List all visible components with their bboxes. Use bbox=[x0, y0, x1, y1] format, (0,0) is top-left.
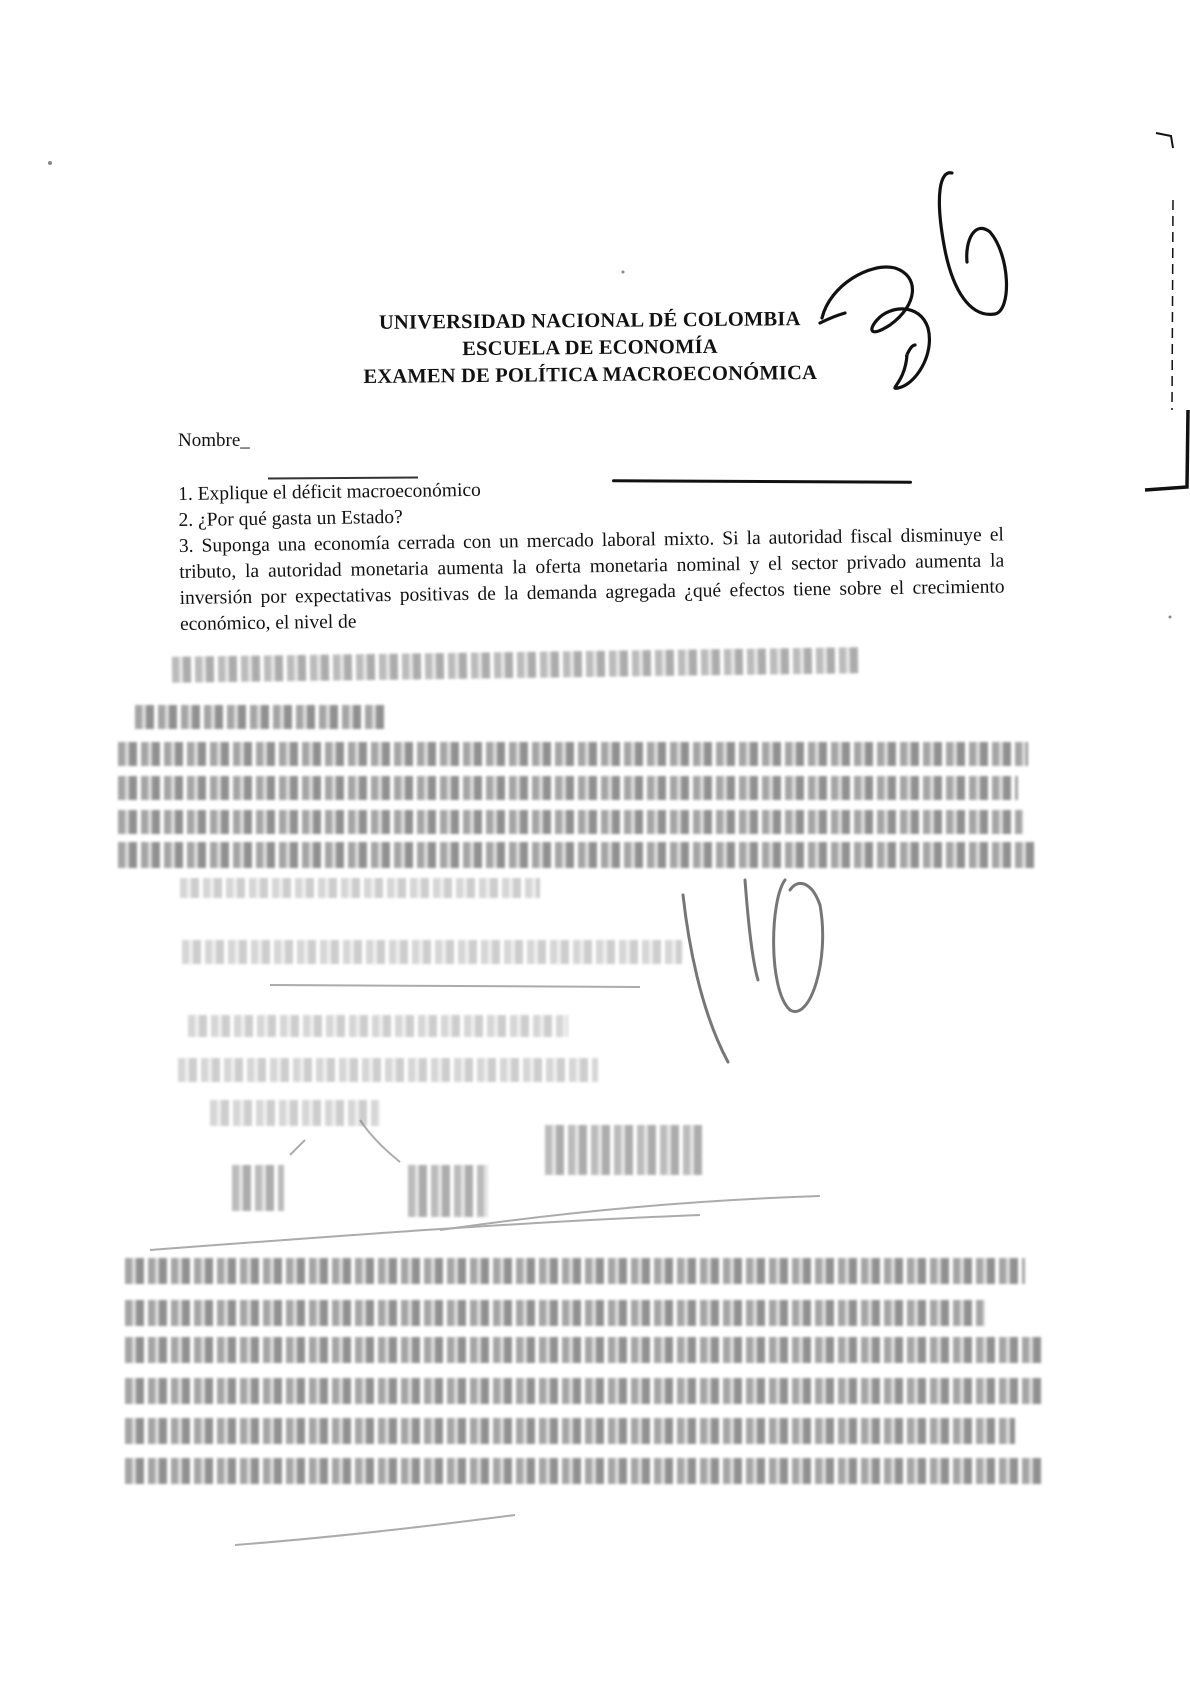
redacted-answer-2-line-6 bbox=[125, 1458, 1045, 1484]
redacted-answer-heading bbox=[135, 705, 385, 729]
redacted-diagram-label-1 bbox=[232, 1165, 284, 1211]
redacted-diagram-label-3 bbox=[545, 1125, 705, 1175]
name-label: Nombre_ bbox=[178, 430, 250, 452]
redacted-answer-1-line-1 bbox=[118, 742, 1028, 766]
exam-header: UNIVERSIDAD NACIONAL DÉ COLOMBIA ESCUELA… bbox=[300, 305, 881, 391]
redacted-answer-1-line-4 bbox=[118, 842, 1038, 868]
question-3: 3. Suponga una economía cerrada con un m… bbox=[179, 522, 1005, 638]
redacted-answer-1-line-5 bbox=[180, 878, 540, 898]
question-list: 1. Explique el déficit macroeconómico 2.… bbox=[178, 470, 1005, 638]
redacted-answer-2-line-5 bbox=[125, 1418, 1015, 1444]
exam-page: UNIVERSIDAD NACIONAL DÉ COLOMBIA ESCUELA… bbox=[0, 0, 1190, 1684]
redacted-equation-3 bbox=[178, 1058, 598, 1082]
redacted-answer-2-line-2 bbox=[125, 1300, 985, 1326]
redacted-answer-1-line-3 bbox=[118, 810, 1023, 834]
redacted-equation-1 bbox=[182, 940, 682, 964]
redacted-answer-2-line-1 bbox=[125, 1258, 1025, 1284]
redacted-question-3-end bbox=[172, 647, 862, 683]
redacted-answer-2-line-3 bbox=[125, 1337, 1045, 1363]
redacted-answer-2-line-4 bbox=[125, 1378, 1045, 1404]
scan-edge-marks bbox=[1145, 133, 1188, 490]
redacted-diagram-label-2 bbox=[408, 1165, 488, 1217]
grade-10-mark bbox=[683, 880, 823, 1062]
exam-title: EXAMEN DE POLÍTICA MACROECONÓMICA bbox=[300, 359, 880, 391]
redacted-equation-4 bbox=[210, 1100, 380, 1126]
university-name: UNIVERSIDAD NACIONAL DÉ COLOMBIA bbox=[300, 305, 880, 337]
redacted-answer-1-line-2 bbox=[118, 776, 1018, 800]
redacted-equation-2 bbox=[188, 1015, 568, 1037]
